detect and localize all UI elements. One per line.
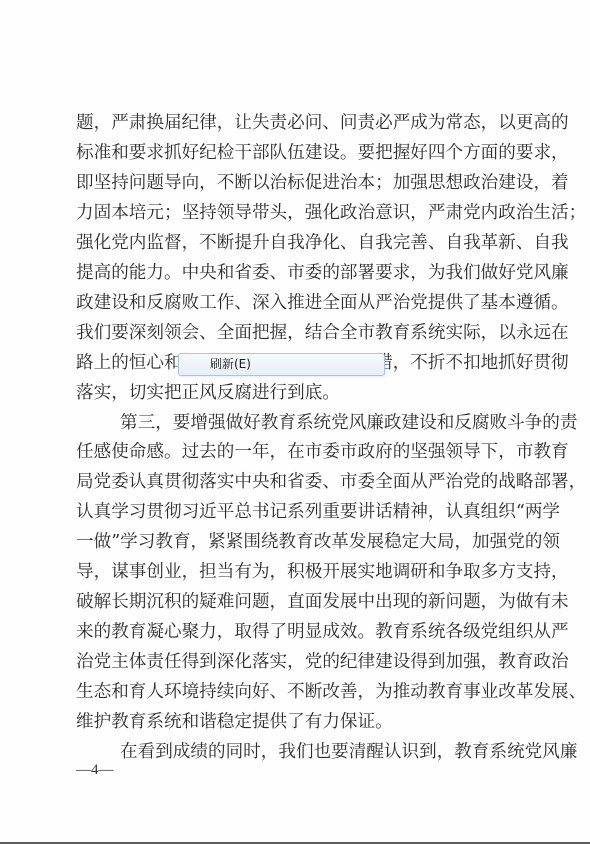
context-menu-item-refresh[interactable]: 刷新(E) bbox=[179, 354, 384, 375]
document-viewer: 题，严肃换届纪律，让失责必问、问责必严成为常态，以更高的标准和要求抓好纪检干部队… bbox=[0, 0, 590, 844]
page-number: —4— bbox=[76, 759, 114, 781]
context-menu: 刷新(E) bbox=[178, 353, 385, 376]
text-line: 即坚持问题导向，不断以治标促进治本；加强思想政治建设，着 bbox=[76, 168, 514, 198]
text-line: 生态和育人环境持续向好、不断改善，为推动教育事业改革发展、 bbox=[76, 677, 514, 707]
text-line: 局党委认真贯彻落实中央和省委、市委全面从严治党的战略部署， bbox=[76, 467, 514, 497]
text-line: 第三，要增强做好教育系统党风廉政建设和反腐败斗争的责 bbox=[76, 408, 514, 438]
text-line: 在看到成绩的同时，我们也要清醒认识到，教育系统党风廉 bbox=[76, 737, 514, 767]
text-line: 政建设和反腐败工作、深入推进全面从严治党提供了基本遵循。 bbox=[76, 288, 514, 318]
text-line: 力固本培元；坚持领导带头，强化政治意识，严肃党内政治生活； bbox=[76, 198, 514, 228]
text-line: 落实，切实把正风反腐进行到底。 bbox=[76, 378, 514, 408]
text-line: 标准和要求抓好纪检干部队伍建设。要把握好四个方面的要求， bbox=[76, 138, 514, 168]
text-line: 提高的能力。中央和省委、市委的部署要求，为我们做好党风廉 bbox=[76, 258, 514, 288]
context-menu-item-label: 刷新(E) bbox=[210, 354, 251, 375]
text-line: 认真学习贯彻习近平总书记系列重要讲话精神，认真组织“两学 bbox=[76, 497, 514, 527]
text-line: 导，谋事创业，担当有为，积极开展实地调研和争取多方支持， bbox=[76, 557, 514, 587]
text-line: 一做”学习教育，紧紧围绕教育改革发展稳定大局，加强党的领 bbox=[76, 527, 514, 557]
text-line: 题，严肃换届纪律，让失责必问、问责必严成为常态，以更高的 bbox=[76, 108, 514, 138]
text-line: 来的教育凝心聚力，取得了明显成效。教育系统各级党组织从严 bbox=[76, 617, 514, 647]
text-line: 任感使命感。过去的一年，在市委市政府的坚强领导下，市教育 bbox=[76, 437, 514, 467]
text-line: 我们要深刻领会、全面把握，结合全市教育系统实际，以永远在 bbox=[76, 318, 514, 348]
document-page: 题，严肃换届纪律，让失责必问、问责必严成为常态，以更高的标准和要求抓好纪检干部队… bbox=[0, 0, 590, 842]
text-line: 强化党内监督，不断提升自我净化、自我完善、自我革新、自我 bbox=[76, 228, 514, 258]
text-line: 维护教育系统和谐稳定提供了有力保证。 bbox=[76, 707, 514, 737]
text-line: 破解长期沉积的疑难问题，直面发展中出现的新问题，为做有未 bbox=[76, 587, 514, 617]
text-line: 治党主体责任得到深化落实，党的纪律建设得到加强，教育政治 bbox=[76, 647, 514, 677]
